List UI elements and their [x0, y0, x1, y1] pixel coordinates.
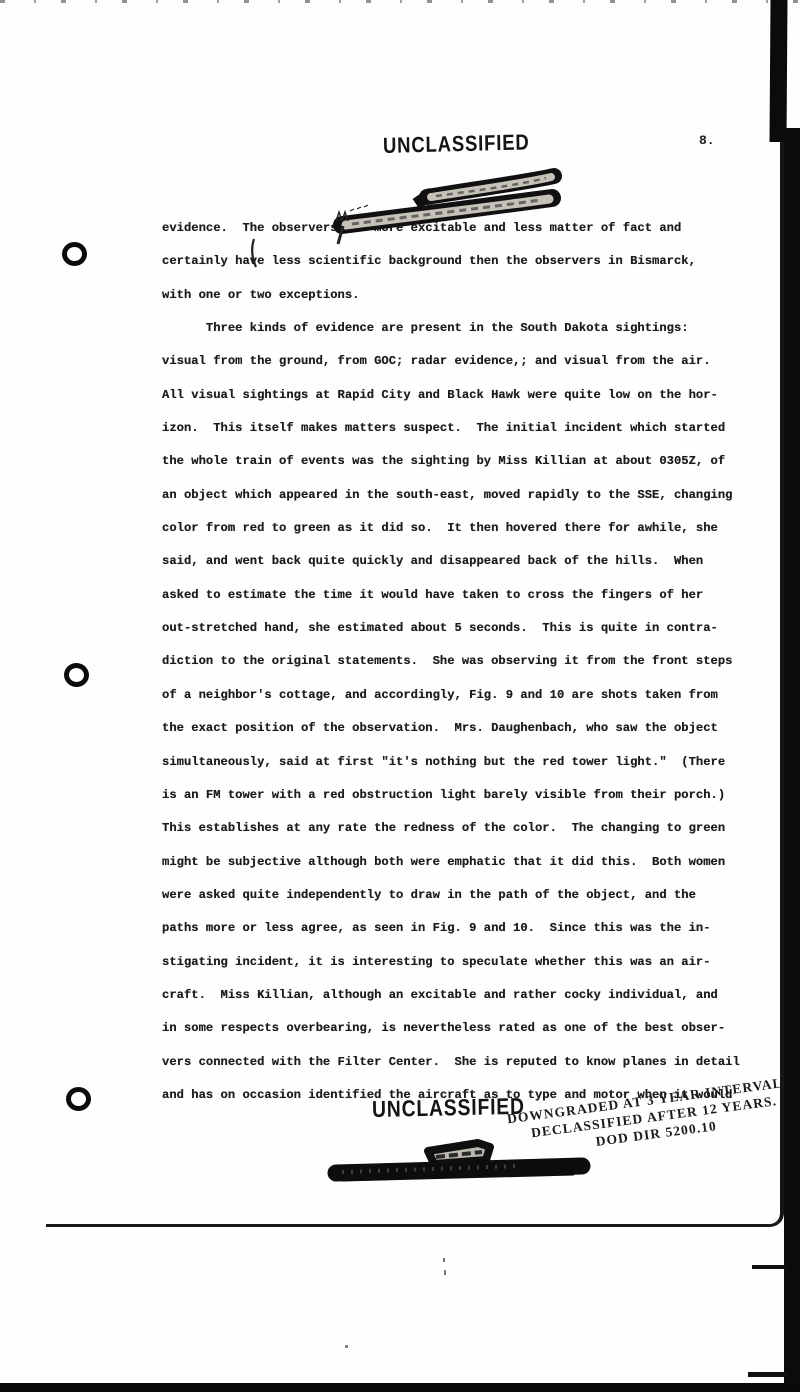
scan-edge-bar: [770, 0, 788, 142]
scan-edge-tick: [748, 1372, 788, 1377]
scan-edge-tick: [752, 1265, 788, 1269]
scan-edge-bottom-bar: [0, 1383, 800, 1392]
scan-speck: [345, 1345, 348, 1348]
scan-speck: [443, 1258, 445, 1262]
scan-edge-bar: [784, 128, 800, 1392]
scan-speck: [444, 1270, 446, 1275]
scan-edge-perforation-marks: [0, 0, 800, 3]
scanned-document-page: UNCLASSIFIED 8. evidence. The observers …: [0, 0, 800, 1392]
scan-border-line: [46, 130, 784, 1227]
